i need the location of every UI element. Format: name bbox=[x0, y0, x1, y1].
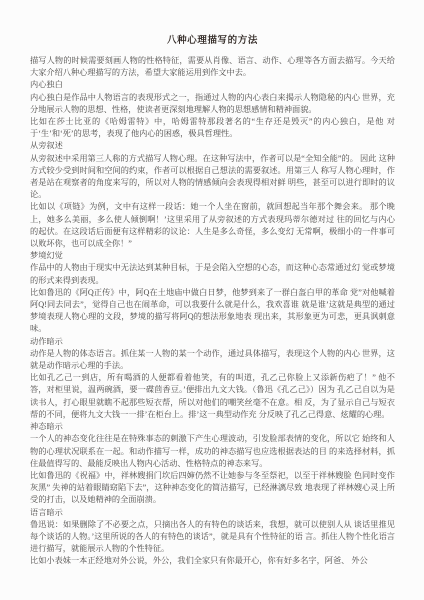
paragraph: 动作是人物的体态语言。抓住某一人物的某一个动作，通过具体描写，表现这个人物的内心… bbox=[30, 348, 395, 372]
section-action-hint: 动作暗示 动作是人物的体态语言。抓住某一人物的某一个动作，通过具体描写，表现这个… bbox=[30, 336, 395, 421]
section-inner-monologue: 内心独白 内心独白是作品中人物语言的表现形式之一，指通过人物的内心表白来揭示人物… bbox=[30, 79, 395, 140]
section-dream-illusion: 梦境幻觉 作品中的人物由于现实中无法达到某种目标，于是会陷入空想的心态，而这种心… bbox=[30, 250, 395, 335]
paragraph: 内心独白是作品中人物语言的表现形式之一，指通过人物的内心表白来揭示人物隐秘的内心… bbox=[30, 92, 395, 116]
paragraph: 比如在莎士比亚的《哈姆雷特》中，哈姆雷特那段著名的“生存还是毁灭”的内心独白，是… bbox=[30, 116, 395, 140]
paragraph: 比如孔乙己一到店，所有喝酒的人便都看着他笑，有的叫道，孔乙己你脸上又添新伤疤了！… bbox=[30, 372, 395, 421]
section-language-hint: 语言暗示 鲁迅说：如果删除了不必要之点，只摘出各人的有特色的谈话来，我想，就可以… bbox=[30, 507, 395, 568]
section-heading-action-hint: 动作暗示 bbox=[30, 336, 395, 348]
section-heading-inner-monologue: 内心独白 bbox=[30, 79, 395, 91]
paragraph: 鲁迅说：如果删除了不必要之点，只摘出各人的有特色的谈话来，我想，就可以使别人从 … bbox=[30, 519, 395, 556]
paragraph: 一个人的神态变化往往是在特殊事态的刺激下产生心理波动，引发脸部表情的变化，所以它… bbox=[30, 433, 395, 470]
intro-paragraph: 描写人物的时候需要刻画人物的性格特征，需要从肖像、语言、动作、心理等各方面去描写… bbox=[30, 55, 395, 79]
section-expression-hint: 神态暗示 一个人的神态变化往往是在特殊事态的刺激下产生心理波动，引发脸部表情的变… bbox=[30, 421, 395, 506]
section-side-narration: 从旁叙述 从旁叙述中采用第三人称的方式描写人物心理。在这种写法中，作者可以是“全… bbox=[30, 140, 395, 250]
paragraph: 从旁叙述中采用第三人称的方式描写人物心理。在这种写法中，作者可以是“全知全能”的… bbox=[30, 153, 395, 202]
section-heading-dream-illusion: 梦境幻觉 bbox=[30, 250, 395, 262]
paragraph: 作品中的人物由于现实中无法达到某种目标，于是会陷入空想的心态，而这种心态常通过幻… bbox=[30, 262, 395, 286]
section-heading-side-narration: 从旁叙述 bbox=[30, 140, 395, 152]
page-title: 八种心理描写的方法 bbox=[30, 35, 395, 48]
section-heading-language-hint: 语言暗示 bbox=[30, 507, 395, 519]
section-heading-expression-hint: 神态暗示 bbox=[30, 421, 395, 433]
paragraph: 比如鲁迅的《祝福》中，祥林嫂捐门坎后四婶仍然不让她参与冬至祭祀，以至于祥林嫂脸 … bbox=[30, 470, 395, 507]
paragraph: 比如以《项链》为例，文中有这样一段话：她一个人坐在窗前，就回想起当年那个舞会来。… bbox=[30, 201, 395, 250]
paragraph: 比如鲁迅的《阿Q正传》中，阿Q在土地庙中做白日梦，他梦到来了一群白盔白甲的革命 … bbox=[30, 287, 395, 336]
document-page: 八种心理描写的方法 描写人物的时候需要刻画人物的性格特征，需要从肖像、语言、动作… bbox=[0, 0, 424, 600]
paragraph: 比如小表妹一本正经地对外公说，外公，我们全家只有你最开心，你有好多名字，阿爸、 … bbox=[30, 555, 395, 567]
